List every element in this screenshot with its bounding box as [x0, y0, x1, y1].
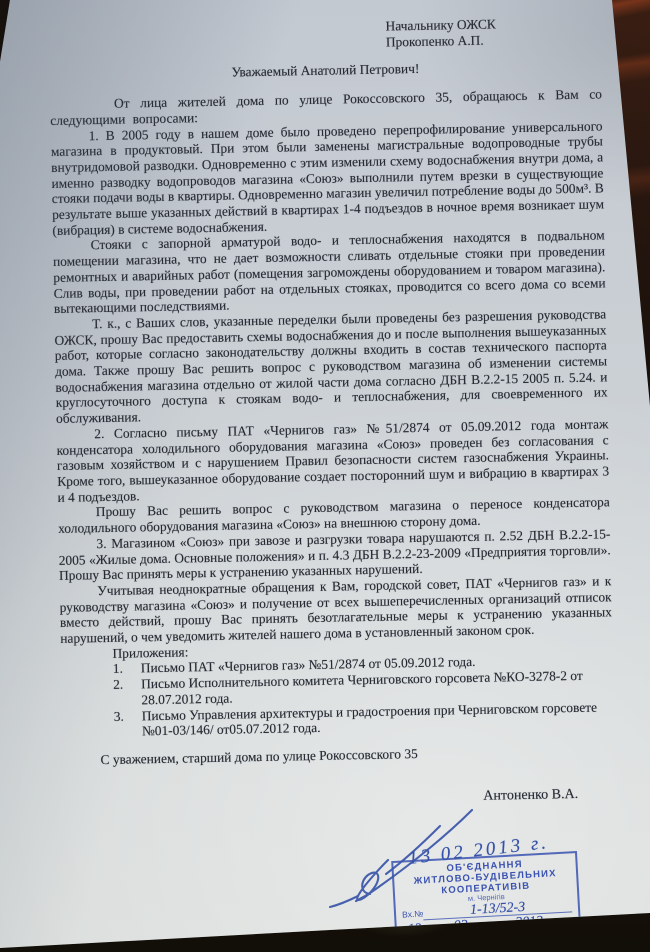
stamp-reg-label: Вх.№	[402, 907, 424, 921]
signer-name: Антоненко В.А.	[483, 786, 615, 804]
paragraph-issue-1: 1. В 2005 году в нашем доме было проведе…	[50, 118, 604, 238]
letter-body: Начальнику ОЖСК Прокопенко А.П. Уважаемы…	[48, 0, 615, 812]
paragraph-demand: Учитывая неоднократные обращения к Вам, …	[59, 573, 612, 646]
closing-line: С уважением, старший дома по улице Рокос…	[62, 742, 614, 768]
attachment-number: 2.	[113, 676, 141, 692]
attachments-list: 1. Письмо ПАТ «Чернигов газ» №51/2874 от…	[113, 652, 614, 740]
paragraph-issue-2: 2. Согласно письму ПАТ «Чернигов газ» №5…	[56, 416, 609, 505]
attachment-number: 3.	[114, 708, 142, 724]
photo-of-letter: { "letter": { "recipient_line1": "Началь…	[0, 0, 650, 952]
recipient-block: Начальнику ОЖСК Прокопенко А.П.	[385, 14, 601, 50]
attachment-number: 1.	[113, 661, 141, 677]
letter-paper: Начальнику ОЖСК Прокопенко А.П. Уважаемы…	[0, 0, 650, 952]
salutation: Уважаемый Анатолий Петрович!	[49, 58, 601, 84]
paragraph-request-schemes: Т. к., с Ваших слов, указанные переделки…	[54, 306, 608, 426]
recipient-name: Прокопенко А.П.	[386, 30, 601, 50]
paragraph-risers: Стояки с запорной арматурой водо- и тепл…	[53, 228, 606, 317]
